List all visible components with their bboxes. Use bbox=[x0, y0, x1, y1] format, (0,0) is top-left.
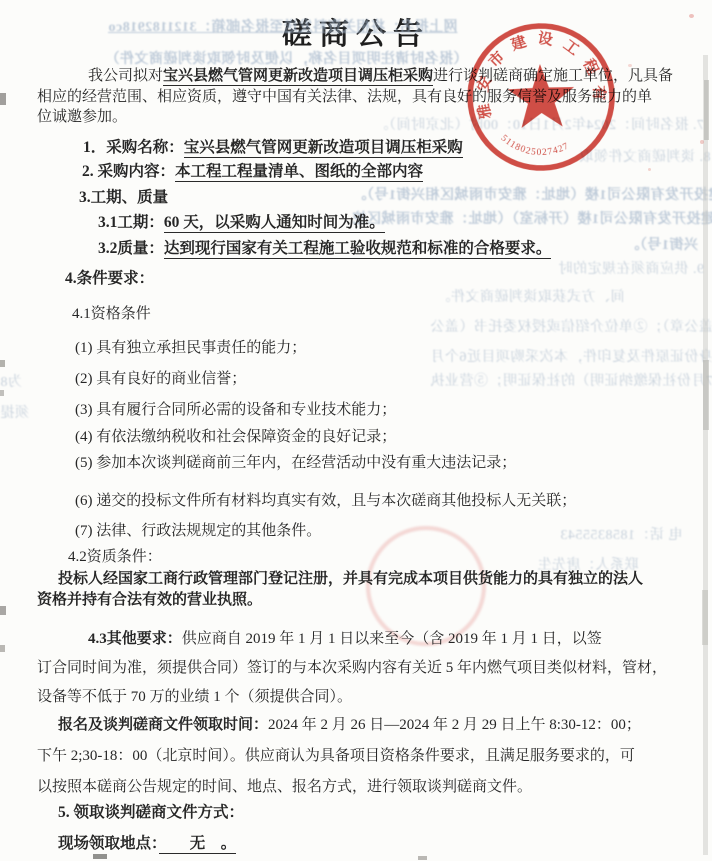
scanned-announcement-page: 网上报名：将相关资料发送至报名邮箱：3121182918co（报名时请注明项目名… bbox=[0, 0, 712, 861]
scan-speck bbox=[648, 168, 651, 171]
text-segment: 4.1资格条件 bbox=[72, 306, 151, 322]
text-line: 4.1资格条件 bbox=[72, 303, 151, 325]
text-segment: 宝兴县燃气管网更新改造项目调压柜采购 bbox=[184, 139, 463, 158]
text-segment: 订合同时间为准，须提供合同）签订的与本次采购内容有关近 5 年内燃气项目类似材料… bbox=[37, 660, 667, 676]
text-line: 2. 采购内容：本工程工程量清单、图纸的全部内容 bbox=[82, 161, 423, 183]
text-line: 4.2资质条件： bbox=[68, 546, 162, 568]
item-duration: 3.1工期：60 天，以采购人通知时间为准。 bbox=[98, 212, 385, 234]
item-procurement-content: 2. 采购内容：本工程工程量清单、图纸的全部内容 bbox=[82, 161, 423, 183]
text-segment: 以按照本磋商公告规定的时间、地点、报名方式，进行领取谈判磋商文件。 bbox=[37, 779, 532, 795]
scan-speck bbox=[700, 140, 704, 144]
text-segment: (5) 参加本次谈判磋商前三年内，在经营活动中没有重大违法记录； bbox=[75, 455, 516, 471]
text-line: 下午 2;30-18：00（北京时间）。供应商认为具备项目资格条件要求，且满足服… bbox=[37, 741, 641, 772]
text-segment: 1．采购名称： bbox=[83, 139, 184, 156]
text-segment: 本工程工程量清单、图纸的全部内容 bbox=[175, 163, 423, 182]
scan-speck bbox=[689, 14, 694, 18]
heading-section-4-1: 4.1资格条件 bbox=[72, 303, 151, 325]
text-segment: 下午 2;30-18：00（北京时间）。供应商认为具备项目资格条件要求，且满足服… bbox=[37, 748, 635, 764]
text-line: (7) 法律、行政法规规定的其他条件。 bbox=[75, 520, 321, 542]
text-line: 1．采购名称：宝兴县燃气管网更新改造项目调压柜采购 bbox=[83, 137, 463, 159]
text-segment: 资格并持有合法有效的营业执照。 bbox=[37, 592, 262, 608]
text-line: 资格并持有合法有效的营业执照。 bbox=[37, 590, 643, 611]
qualification-item-3: (3) 具有履行合同所必需的设备和专业技术能力； bbox=[75, 399, 396, 421]
text-segment: (6) 递交的投标文件所有材料均真实有效，且与本次磋商其他投标人无关联； bbox=[75, 493, 576, 509]
paragraph-4-3: 4.3其他要求：供应商自 2019 年 1 月 1 日以来至今（含 2019 年… bbox=[37, 625, 667, 711]
text-segment: 投标人经国家工商行政管理部门登记注册，并具有完成本项目供货能力的具有独立的法人 bbox=[58, 571, 643, 587]
text-line: (5) 参加本次谈判磋商前三年内，在经营活动中没有重大违法记录； bbox=[75, 452, 516, 474]
item-procurement-name: 1．采购名称：宝兴县燃气管网更新改造项目调压柜采购 bbox=[83, 137, 463, 159]
text-line: (2) 具有良好的商业信誉； bbox=[75, 368, 246, 390]
text-segment: 4.3其他要求： bbox=[88, 631, 182, 647]
text-line: (3) 具有履行合同所必需的设备和专业技术能力； bbox=[75, 399, 396, 421]
text-segment: (2) 具有良好的商业信誉； bbox=[75, 371, 246, 387]
text-segment: 2024 年 2 月 26 日—2024 年 2 月 29 日上午 8:30-1… bbox=[268, 717, 641, 733]
text-segment: 我公司拟对 bbox=[88, 68, 163, 84]
bleed-through-line: 为8 bbox=[0, 371, 22, 391]
text-line: 投标人经国家工商行政管理部门登记注册，并具有完成本项目供货能力的具有独立的法人 bbox=[37, 569, 643, 590]
qualification-item-7: (7) 法律、行政法规规定的其他条件。 bbox=[75, 520, 321, 542]
scan-speck bbox=[0, 93, 6, 105]
heading-section-5: 5. 领取谈判磋商文件方式： bbox=[58, 802, 244, 824]
text-line: 4.3其他要求：供应商自 2019 年 1 月 1 日以来至今（含 2019 年… bbox=[37, 625, 667, 654]
scan-speck bbox=[703, 55, 708, 855]
text-line: 设备等不低于 70 万的业绩 1 个（须提供合同）。 bbox=[37, 683, 667, 712]
scan-speck bbox=[704, 80, 709, 140]
text-segment: (7) 法律、行政法规规定的其他条件。 bbox=[75, 523, 321, 539]
qualification-item-6: (6) 递交的投标文件所有材料均真实有效，且与本次磋商其他投标人无关联； bbox=[75, 490, 576, 512]
paragraph-signup-time: 报名及谈判磋商文件领取时间：2024 年 2 月 26 日—2024 年 2 月… bbox=[37, 710, 641, 802]
text-segment: 3.2质量： bbox=[98, 240, 164, 257]
heading-section-3: 3.工期、质量 bbox=[79, 187, 168, 209]
text-segment: 报名及谈判磋商文件领取时间： bbox=[58, 717, 268, 733]
scan-speck bbox=[0, 606, 6, 615]
text-segment: 宝兴县燃气管网更新改造项目调压柜采购 bbox=[163, 68, 433, 86]
item-pickup-location: 现场领取地点： 无 。 bbox=[58, 833, 236, 855]
text-segment: 位诚邀参加。 bbox=[37, 109, 127, 125]
heading-section-4-2: 4.2资质条件： bbox=[68, 546, 162, 568]
text-line: 以按照本磋商公告规定的时间、地点、报名方式，进行领取谈判磋商文件。 bbox=[37, 772, 641, 803]
bleed-through-line: 网上报名：将相关资料发送至报名邮箱：3121182918co bbox=[108, 16, 457, 36]
text-line: 4.条件要求： bbox=[65, 268, 154, 290]
text-segment: 60 天，以采购人通知时间为准。 bbox=[164, 214, 385, 233]
bleed-through-line: 9. 供应商须在规定的时 bbox=[558, 258, 704, 278]
scan-speck bbox=[702, 590, 708, 645]
text-line: 现场领取地点： 无 。 bbox=[58, 833, 236, 855]
bleed-through-line: 须提 bbox=[0, 402, 29, 422]
text-segment: 设备等不低于 70 万的业绩 1 个（须提供合同）。 bbox=[37, 689, 352, 705]
text-segment: 4.条件要求： bbox=[65, 270, 154, 287]
scan-speck bbox=[0, 390, 4, 396]
bleed-through-line: 电 话：1858355543 bbox=[560, 524, 683, 544]
text-segment: (1) 具有独立承担民事责任的能力； bbox=[75, 340, 306, 356]
bleed-through-line: 谈判磋商地点：雅安市建投开发有限公司1楼（开标室）（地址：雅安市雨城区挖 bbox=[352, 208, 712, 228]
bleed-through-line: （报名时请注明项目名称，以便及时领取谈判磋商文件） bbox=[105, 48, 468, 68]
text-line: 报名及谈判磋商文件领取时间：2024 年 2 月 26 日—2024 年 2 月… bbox=[37, 710, 641, 741]
scan-speck bbox=[0, 360, 5, 367]
text-line: 3.2质量：达到现行国家有关工程施工验收规范和标准的合格要求。 bbox=[98, 238, 551, 260]
text-segment: 2. 采购内容： bbox=[82, 163, 175, 180]
bleed-through-line: 兴街1号）。 bbox=[625, 234, 698, 254]
heading-section-4: 4.条件要求： bbox=[65, 268, 154, 290]
text-segment: 供应商自 2019 年 1 月 1 日以来至今（含 2019 年 1 月 1 日… bbox=[182, 631, 602, 647]
text-line: (1) 具有独立承担民事责任的能力； bbox=[75, 337, 306, 359]
text-segment: 无 。 bbox=[159, 835, 237, 854]
paragraph-4-2: 投标人经国家工商行政管理部门登记注册，并具有完成本项目供货能力的具有独立的法人资… bbox=[37, 569, 643, 610]
text-segment: 3.工期、质量 bbox=[79, 189, 168, 206]
text-line: 3.1工期：60 天，以采购人通知时间为准。 bbox=[98, 212, 385, 234]
scan-speck bbox=[703, 360, 709, 430]
bleed-through-line: 报名时需准备：①磋商公告（盖公章）；②单位介绍信或授权委托书（盖公 bbox=[430, 316, 712, 336]
text-line: (6) 递交的投标文件所有材料均真实有效，且与本次磋商其他投标人无关联； bbox=[75, 490, 576, 512]
text-line: 3.工期、质量 bbox=[79, 187, 168, 209]
qualification-item-4: (4) 有依法缴纳税收和社会保障资金的良好记录； bbox=[75, 426, 396, 448]
bleed-through-line: 月，须至少提供5-7月份社保缴纳证明）的社保证明；⑤营业执 bbox=[430, 370, 712, 390]
text-segment: 5. 领取谈判磋商文件方式： bbox=[58, 804, 244, 821]
seal-star-icon bbox=[507, 63, 576, 129]
qualification-item-1: (1) 具有独立承担民事责任的能力； bbox=[75, 337, 306, 359]
text-segment: 4.2资质条件： bbox=[68, 549, 162, 565]
company-seal-stamp: 雅安市建设工程有限公司 5118025027427 bbox=[456, 10, 626, 180]
bleed-through-line: 章）、经办人身份证原件及复印件，本次采购项目近6个月 bbox=[430, 346, 712, 366]
qualification-item-5: (5) 参加本次谈判磋商前三年内，在经营活动中没有重大违法记录； bbox=[75, 452, 516, 474]
scan-speck bbox=[0, 645, 5, 652]
bleed-through-line: 递交地点：雅安市建投开发有限公司1楼（地址：雅安市雨城区相兴街1号）。 bbox=[352, 184, 712, 204]
text-segment: 3.1工期： bbox=[98, 214, 164, 231]
text-line: 5. 领取谈判磋商文件方式： bbox=[58, 802, 244, 824]
bleed-through-line: 间、方式获取谈判磋商文件。 bbox=[436, 286, 625, 306]
text-line: (4) 有依法缴纳税收和社会保障资金的良好记录； bbox=[75, 426, 396, 448]
qualification-item-2: (2) 具有良好的商业信誉； bbox=[75, 368, 246, 390]
text-segment: 现场领取地点： bbox=[58, 835, 159, 852]
text-segment: (3) 具有履行合同所必需的设备和专业技术能力； bbox=[75, 402, 396, 418]
item-quality: 3.2质量：达到现行国家有关工程施工验收规范和标准的合格要求。 bbox=[98, 238, 551, 260]
text-segment: (4) 有依法缴纳税收和社会保障资金的良好记录； bbox=[75, 429, 396, 445]
scan-speck bbox=[418, 856, 427, 860]
text-line: 订合同时间为准，须提供合同）签订的与本次采购内容有关近 5 年内燃气项目类似材料… bbox=[37, 654, 667, 683]
text-segment: 达到现行国家有关工程施工验收规范和标准的合格要求。 bbox=[164, 240, 552, 259]
